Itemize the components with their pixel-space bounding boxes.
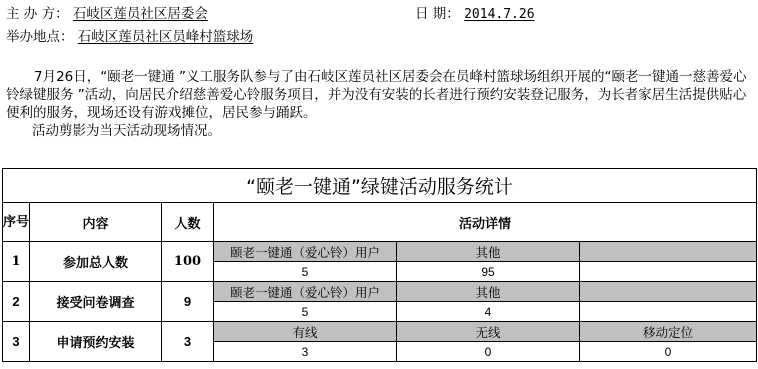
detail-value: 95	[397, 262, 580, 282]
row-count: 9	[162, 282, 214, 322]
row-content: 接受问卷调查	[30, 282, 162, 322]
detail-value: 5	[214, 262, 397, 282]
organizer-value: 石岐区莲员社区居委会	[73, 6, 208, 22]
date-value: 2014.7.26	[464, 7, 534, 22]
detail-header	[580, 282, 757, 302]
date-row: 日 期： 2014.7.26	[415, 5, 535, 24]
photo-caption-paragraph: 活动剪影为当天活动现场情况。	[6, 122, 756, 140]
header-content: 内容	[30, 203, 162, 242]
row-seq: 3	[3, 322, 30, 362]
row-content: 申请预约安装	[30, 322, 162, 362]
header-seq: 序号	[3, 203, 30, 242]
activity-description: 7月26日，“颐老一键通 ”义工服务队参与了由石岐区莲员社区居委会在员峰村篮球场…	[6, 68, 756, 140]
detail-header	[580, 242, 757, 262]
detail-header: 颐老一键通（爱心铃）用户	[214, 282, 397, 302]
detail-header: 有线	[214, 322, 397, 342]
detail-header: 移动定位	[580, 322, 757, 342]
activity-stats-table: “颐老一键通”绿键活动服务统计 序号 内容 人数 活动详情 1 参加总人数 10…	[2, 168, 757, 362]
table-header-row: 序号 内容 人数 活动详情	[3, 203, 757, 242]
detail-header: 其他	[397, 282, 580, 302]
table-row: 3 申请预约安装 3 有线 无线 移动定位	[3, 322, 757, 342]
header-details: 活动详情	[214, 203, 757, 242]
detail-value: 3	[214, 342, 397, 362]
detail-header: 其他	[397, 242, 580, 262]
detail-value	[580, 262, 757, 282]
row-seq: 1	[3, 242, 30, 282]
row-count: 3	[162, 322, 214, 362]
detail-value: 5	[214, 302, 397, 322]
venue-label: 举办地点：	[6, 28, 74, 46]
detail-header: 无线	[397, 322, 580, 342]
table-title: “颐老一键通”绿键活动服务统计	[3, 169, 757, 203]
description-paragraph: 7月26日，“颐老一键通 ”义工服务队参与了由石岐区莲员社区居委会在员峰村篮球场…	[6, 68, 756, 122]
date-label: 日 期：	[415, 5, 460, 23]
venue-row: 举办地点： 石岐区莲员社区员峰村篮球场	[6, 28, 253, 46]
organizer-label: 主 办 方：	[6, 5, 69, 23]
row-content: 参加总人数	[30, 242, 162, 282]
header-count: 人数	[162, 203, 214, 242]
table-row: 2 接受问卷调查 9 颐老一键通（爱心铃）用户 其他	[3, 282, 757, 302]
row-seq: 2	[3, 282, 30, 322]
organizer-row: 主 办 方： 石岐区莲员社区居委会	[6, 5, 208, 23]
detail-value: 4	[397, 302, 580, 322]
detail-value: 0	[580, 342, 757, 362]
venue-value: 石岐区莲员社区员峰村篮球场	[78, 29, 254, 45]
table-row: 1 参加总人数 100 颐老一键通（爱心铃）用户 其他	[3, 242, 757, 262]
detail-value: 0	[397, 342, 580, 362]
table-title-row: “颐老一键通”绿键活动服务统计	[3, 169, 757, 203]
detail-value	[580, 302, 757, 322]
row-count: 100	[162, 242, 214, 282]
detail-header: 颐老一键通（爱心铃）用户	[214, 242, 397, 262]
